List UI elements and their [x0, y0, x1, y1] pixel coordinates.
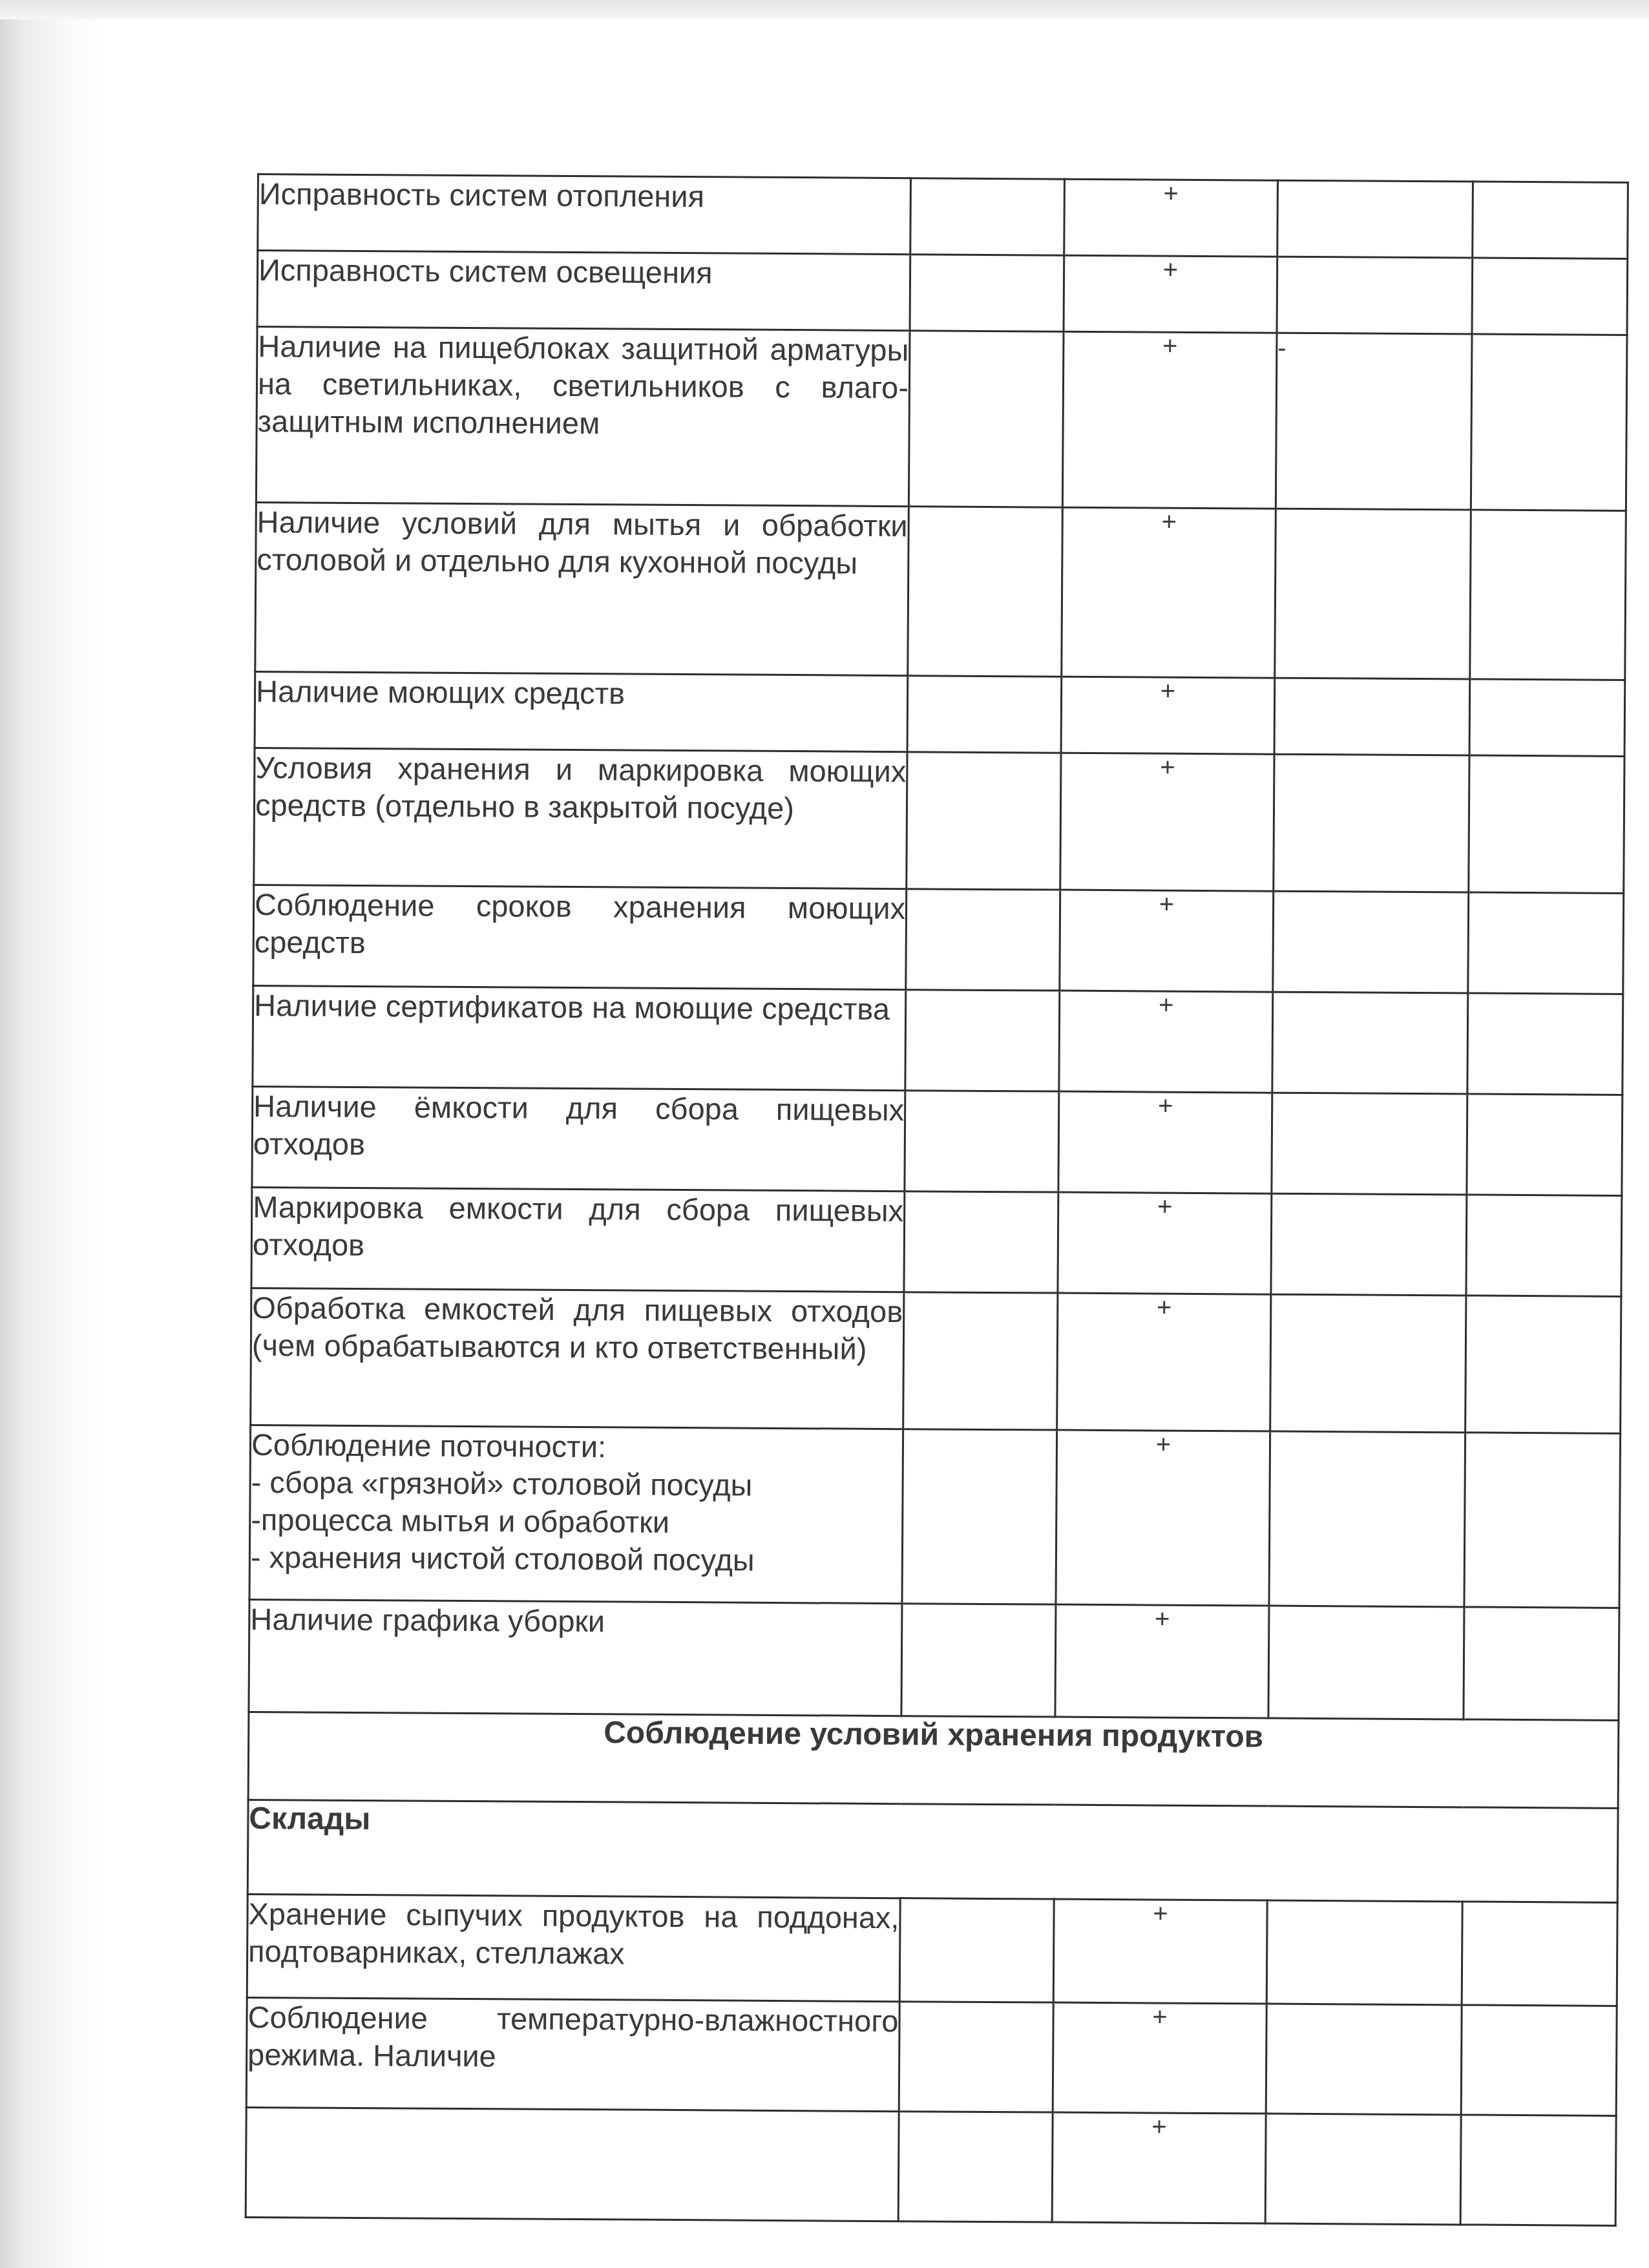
criterion-cell: Наличие сертификатов на моющие средства [253, 985, 906, 1090]
criterion-cell: Соблюдение поточности: - сбора «грязной»… [249, 1425, 903, 1603]
mark-cell-col-3: + [1060, 890, 1274, 992]
table-row: Условия хранения и маркировка моющих сре… [254, 748, 1624, 893]
table-row: Наличие ёмкости для сбора пищевых отходо… [252, 1086, 1623, 1195]
mark-cell-col-2 [903, 1292, 1058, 1430]
mark-cell-col-2 [905, 1091, 1059, 1192]
mark-cell-col-5 [1460, 2115, 1616, 2225]
mark-cell-col-4 [1275, 509, 1471, 679]
section-title: Склады [247, 1800, 1618, 1902]
criterion-cell: Наличие моющих средств [255, 671, 908, 751]
criterion-cell: Наличие условий для мытья и обработки ст… [255, 502, 909, 675]
table-row: Исправность систем отопления+ [258, 174, 1628, 259]
mark-cell-col-5 [1472, 258, 1628, 335]
mark-cell-col-3: + [1064, 255, 1277, 333]
criterion-cell: Соблюдение сроков хранения моющих средст… [253, 885, 907, 989]
criterion-cell: Соблюдение температурно-влажностного реж… [246, 1997, 899, 2111]
table-row: + [246, 2107, 1616, 2225]
mark-cell-col-5 [1465, 1296, 1621, 1433]
mark-cell-col-5 [1464, 1607, 1619, 1720]
criterion-cell: Исправность систем освещения [257, 251, 910, 331]
table-row: Наличие графика уборки+ [249, 1599, 1619, 1720]
criterion-cell: Наличие ёмкости для сбора пищевых отходо… [252, 1086, 905, 1191]
mark-cell-col-3: + [1060, 753, 1274, 891]
table-row: Наличие сертификатов на моющие средства+ [253, 985, 1623, 1095]
criterion-cell [246, 2107, 899, 2221]
table-row: Наличие условий для мытья и обработки ст… [255, 502, 1626, 680]
mark-cell-col-2 [899, 1898, 1054, 2002]
mark-cell-col-2 [907, 676, 1062, 753]
mark-cell-col-5 [1469, 679, 1625, 756]
table-row: Хранение сыпучих продуктов на поддонах, … [247, 1894, 1617, 2006]
criterion-cell: Обработка емкостей для пищевых отходов (… [251, 1288, 904, 1429]
mark-cell-col-4 [1273, 891, 1469, 993]
criterion-cell: Маркировка емкости для сбора пищевых отх… [251, 1187, 905, 1292]
page-edge-shadow [0, 0, 1649, 19]
mark-cell-col-3: + [1053, 1899, 1267, 2004]
mark-cell-col-4 [1274, 678, 1470, 755]
table-row: Соблюдение температурно-влажностного реж… [246, 1997, 1617, 2116]
section-title: Соблюдение условий хранения продуктов [248, 1712, 1619, 1808]
inspection-checklist-table: Исправность систем отопления+Исправность… [245, 173, 1629, 2227]
mark-cell-col-4 [1277, 180, 1473, 258]
mark-cell-col-4 [1268, 1606, 1464, 1719]
mark-cell-col-2 [910, 255, 1064, 331]
mark-cell-col-3: + [1061, 677, 1275, 754]
mark-cell-col-2 [898, 2112, 1053, 2222]
section-header-row: Склады [247, 1800, 1618, 1902]
mark-cell-col-3: + [1053, 2002, 1266, 2114]
mark-cell-col-2 [904, 1192, 1058, 1293]
mark-cell-col-5 [1462, 1902, 1617, 2006]
mark-cell-col-2 [906, 889, 1060, 991]
mark-cell-col-2 [902, 1429, 1057, 1604]
mark-cell-col-3: + [1064, 179, 1278, 257]
mark-cell-col-5 [1471, 334, 1627, 510]
mark-cell-col-4 [1266, 2004, 1462, 2115]
table-row: Маркировка емкости для сбора пищевых отх… [251, 1187, 1622, 1296]
mark-cell-col-2 [901, 1604, 1056, 1717]
criterion-cell: Наличие графика уборки [249, 1599, 902, 1716]
mark-cell-col-4 [1265, 2114, 1461, 2225]
mark-cell-col-4 [1272, 1093, 1467, 1195]
mark-cell-col-5 [1473, 182, 1628, 258]
mark-cell-col-5 [1466, 1195, 1622, 1296]
mark-cell-col-4 [1269, 1431, 1465, 1607]
mark-cell-col-2 [907, 752, 1061, 890]
mark-cell-col-2 [899, 2002, 1053, 2112]
mark-cell-col-3: + [1056, 1430, 1270, 1606]
mark-cell-col-5 [1468, 892, 1624, 994]
mark-cell-col-4 [1271, 1193, 1467, 1296]
mark-cell-col-5 [1464, 1433, 1621, 1608]
mark-cell-col-5 [1461, 2005, 1617, 2116]
table-row: Обработка емкостей для пищевых отходов (… [251, 1288, 1621, 1433]
table-row: Наличие моющих средств+ [255, 671, 1625, 756]
mark-cell-col-4 [1274, 754, 1469, 892]
mark-cell-col-5 [1470, 510, 1626, 680]
table-row: Исправность систем освещения+ [257, 251, 1628, 335]
mark-cell-col-5 [1467, 993, 1623, 1095]
mark-cell-col-4 [1272, 992, 1468, 1094]
mark-cell-col-2 [909, 331, 1064, 507]
mark-cell-col-5 [1467, 1094, 1623, 1195]
mark-cell-col-3: + [1052, 2112, 1266, 2223]
criterion-cell: Наличие на пищеблоках защитной арматуры … [256, 327, 910, 507]
mark-cell-col-3: + [1058, 1091, 1272, 1193]
criterion-cell: Исправность систем отопления [258, 174, 911, 255]
mark-cell-col-3: + [1062, 331, 1277, 509]
mark-cell-col-3: + [1057, 1293, 1271, 1431]
mark-cell-col-3: + [1059, 991, 1273, 1093]
mark-cell-col-3: + [1055, 1604, 1269, 1718]
mark-cell-col-2 [910, 178, 1065, 255]
mark-cell-col-4 [1266, 1900, 1462, 2005]
table-row: Соблюдение сроков хранения моющих средст… [253, 885, 1624, 994]
mark-cell-col-5 [1469, 755, 1624, 893]
section-header-row: Соблюдение условий хранения продуктов [248, 1712, 1619, 1808]
mark-cell-col-4: - [1276, 333, 1472, 510]
mark-cell-col-3: + [1058, 1192, 1272, 1294]
mark-cell-col-4 [1270, 1294, 1466, 1433]
criterion-cell: Условия хранения и маркировка моющих сре… [254, 748, 907, 888]
table-body: Исправность систем отопления+Исправность… [246, 174, 1628, 2226]
table-row: Наличие на пищеблоках защитной арматуры … [256, 327, 1627, 511]
mark-cell-col-2 [905, 990, 1060, 1091]
mark-cell-col-3: + [1062, 507, 1276, 678]
criterion-cell: Хранение сыпучих продуктов на поддонах, … [247, 1894, 900, 2001]
mark-cell-col-4 [1277, 257, 1473, 334]
mark-cell-col-2 [908, 507, 1063, 677]
table-row: Соблюдение поточности: - сбора «грязной»… [249, 1425, 1621, 1608]
